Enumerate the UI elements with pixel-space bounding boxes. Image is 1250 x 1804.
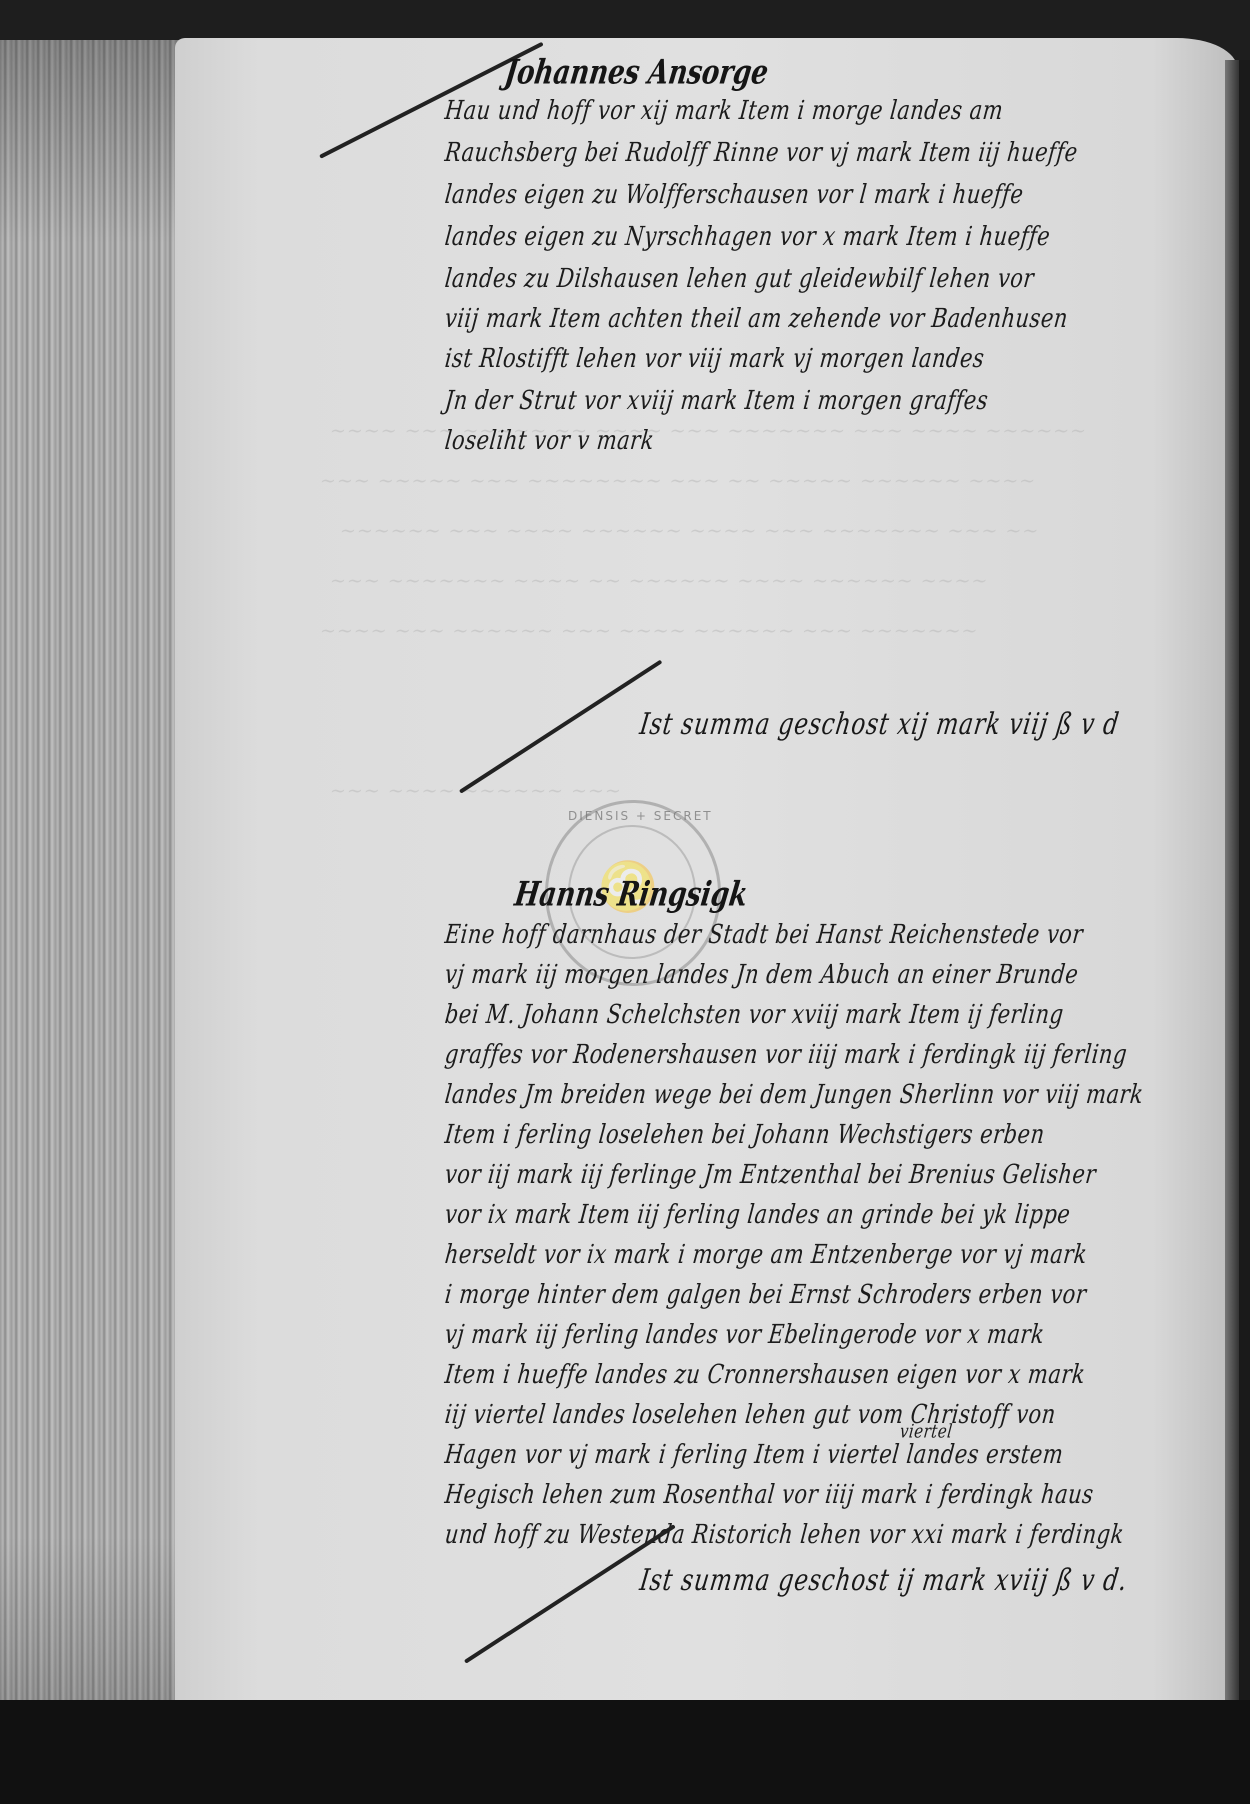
entry-line: i morge hinter dem galgen bei Ernst Schr… [443,1279,1088,1309]
entry-line: Item i ferling loselehen bei Johann Wech… [443,1119,1046,1149]
entry-line: herseldt vor ix mark i morge am Entzenbe… [443,1239,1088,1269]
entry-line: vj mark iij ferling landes vor Ebelinger… [443,1319,1046,1349]
entry-line: landes Jm breiden wege bei dem Jungen Sh… [443,1079,1145,1109]
entry-line: iij viertel landes loselehen lehen gut v… [443,1399,1057,1429]
bleed-through-text: ~~~ ~~~~~~~ ~~~~ ~~ ~~~~~~ ~~~~ ~~~~~~ ~… [328,570,989,592]
entry-line: Item i hueffe landes zu Cronnershausen e… [443,1359,1086,1389]
entry-line: Hegisch lehen zum Rosenthal vor iiij mar… [443,1479,1095,1509]
entry-line: Eine hoff darnhaus der Stadt bei Hanst R… [443,919,1084,949]
bleed-through-text: ~~~~ ~~~ ~~~~~ ~~ ~~~~ ~~~ ~~~~~~~ ~~~ ~… [328,420,1088,442]
entry-line: Hagen vor vj mark i ferling Item i viert… [443,1439,1064,1469]
entry-line: landes zu Dilshausen lehen gut gleidewbi… [443,263,1035,293]
entry-line: Hau und hoff vor xij mark Item i morge l… [443,95,1004,125]
scan-background-bottom [0,1700,1250,1804]
archive-stamp-text: DIENSIS + SECRET [568,809,713,823]
interlinear-note: viertel [899,1420,954,1443]
entry-line: viij mark Item achten theil am zehende v… [443,303,1069,333]
bleed-through-text: ~~~~ ~~~ ~~~~~~ ~~~ ~~~~ ~~~~~~ ~~~ ~~~~… [318,620,979,642]
book-page-edges-shadow [0,40,195,1740]
entry-subtotal: Ist summa geschost ij mark xviij ß v d. [638,1564,1130,1598]
entry-line: loseliht vor v mark [443,425,655,455]
entry-line: vor iij mark iij ferlinge Jm Entzenthal … [443,1159,1097,1189]
entry-line: vor ix mark Item iij ferling landes an g… [443,1199,1072,1229]
page-curl-edge [1225,60,1239,1720]
entry-heading: Johannes Ansorge [502,54,770,93]
entry-line: ist Rlostifft lehen vor viij mark vj mor… [443,343,986,373]
entry-subtotal: Ist summa geschost xij mark viij ß v d [638,708,1122,742]
bleed-through-text: ~~~~~~ ~~~ ~~~~ ~~~~~~ ~~~~ ~~~ ~~~~~~~ … [338,520,1040,542]
entry-line: landes eigen zu Nyrschhagen vor x mark I… [443,221,1051,251]
entry-line: Jn der Strut vor xviij mark Item i morge… [443,385,989,415]
entry-line: landes eigen zu Wolfferschausen vor l ma… [443,179,1025,209]
entry-line: graffes vor Rodenershausen vor iiij mark… [443,1039,1128,1069]
bleed-through-text: ~~~ ~~~~~ ~~~ ~~~~~~~~ ~~~ ~~ ~~~~~ ~~~~… [318,470,1037,492]
entry-line: bei M. Johann Schelchsten vor xviij mark… [443,999,1065,1029]
entry-line: vj mark iij morgen landes Jn dem Abuch a… [443,959,1080,989]
entry-heading: Hanns Ringsigk [512,876,750,915]
entry-line: und hoff zu Westenda Ristorich lehen vor… [443,1519,1125,1549]
entry-line: Rauchsberg bei Rudolff Rinne vor vj mark… [443,137,1079,167]
